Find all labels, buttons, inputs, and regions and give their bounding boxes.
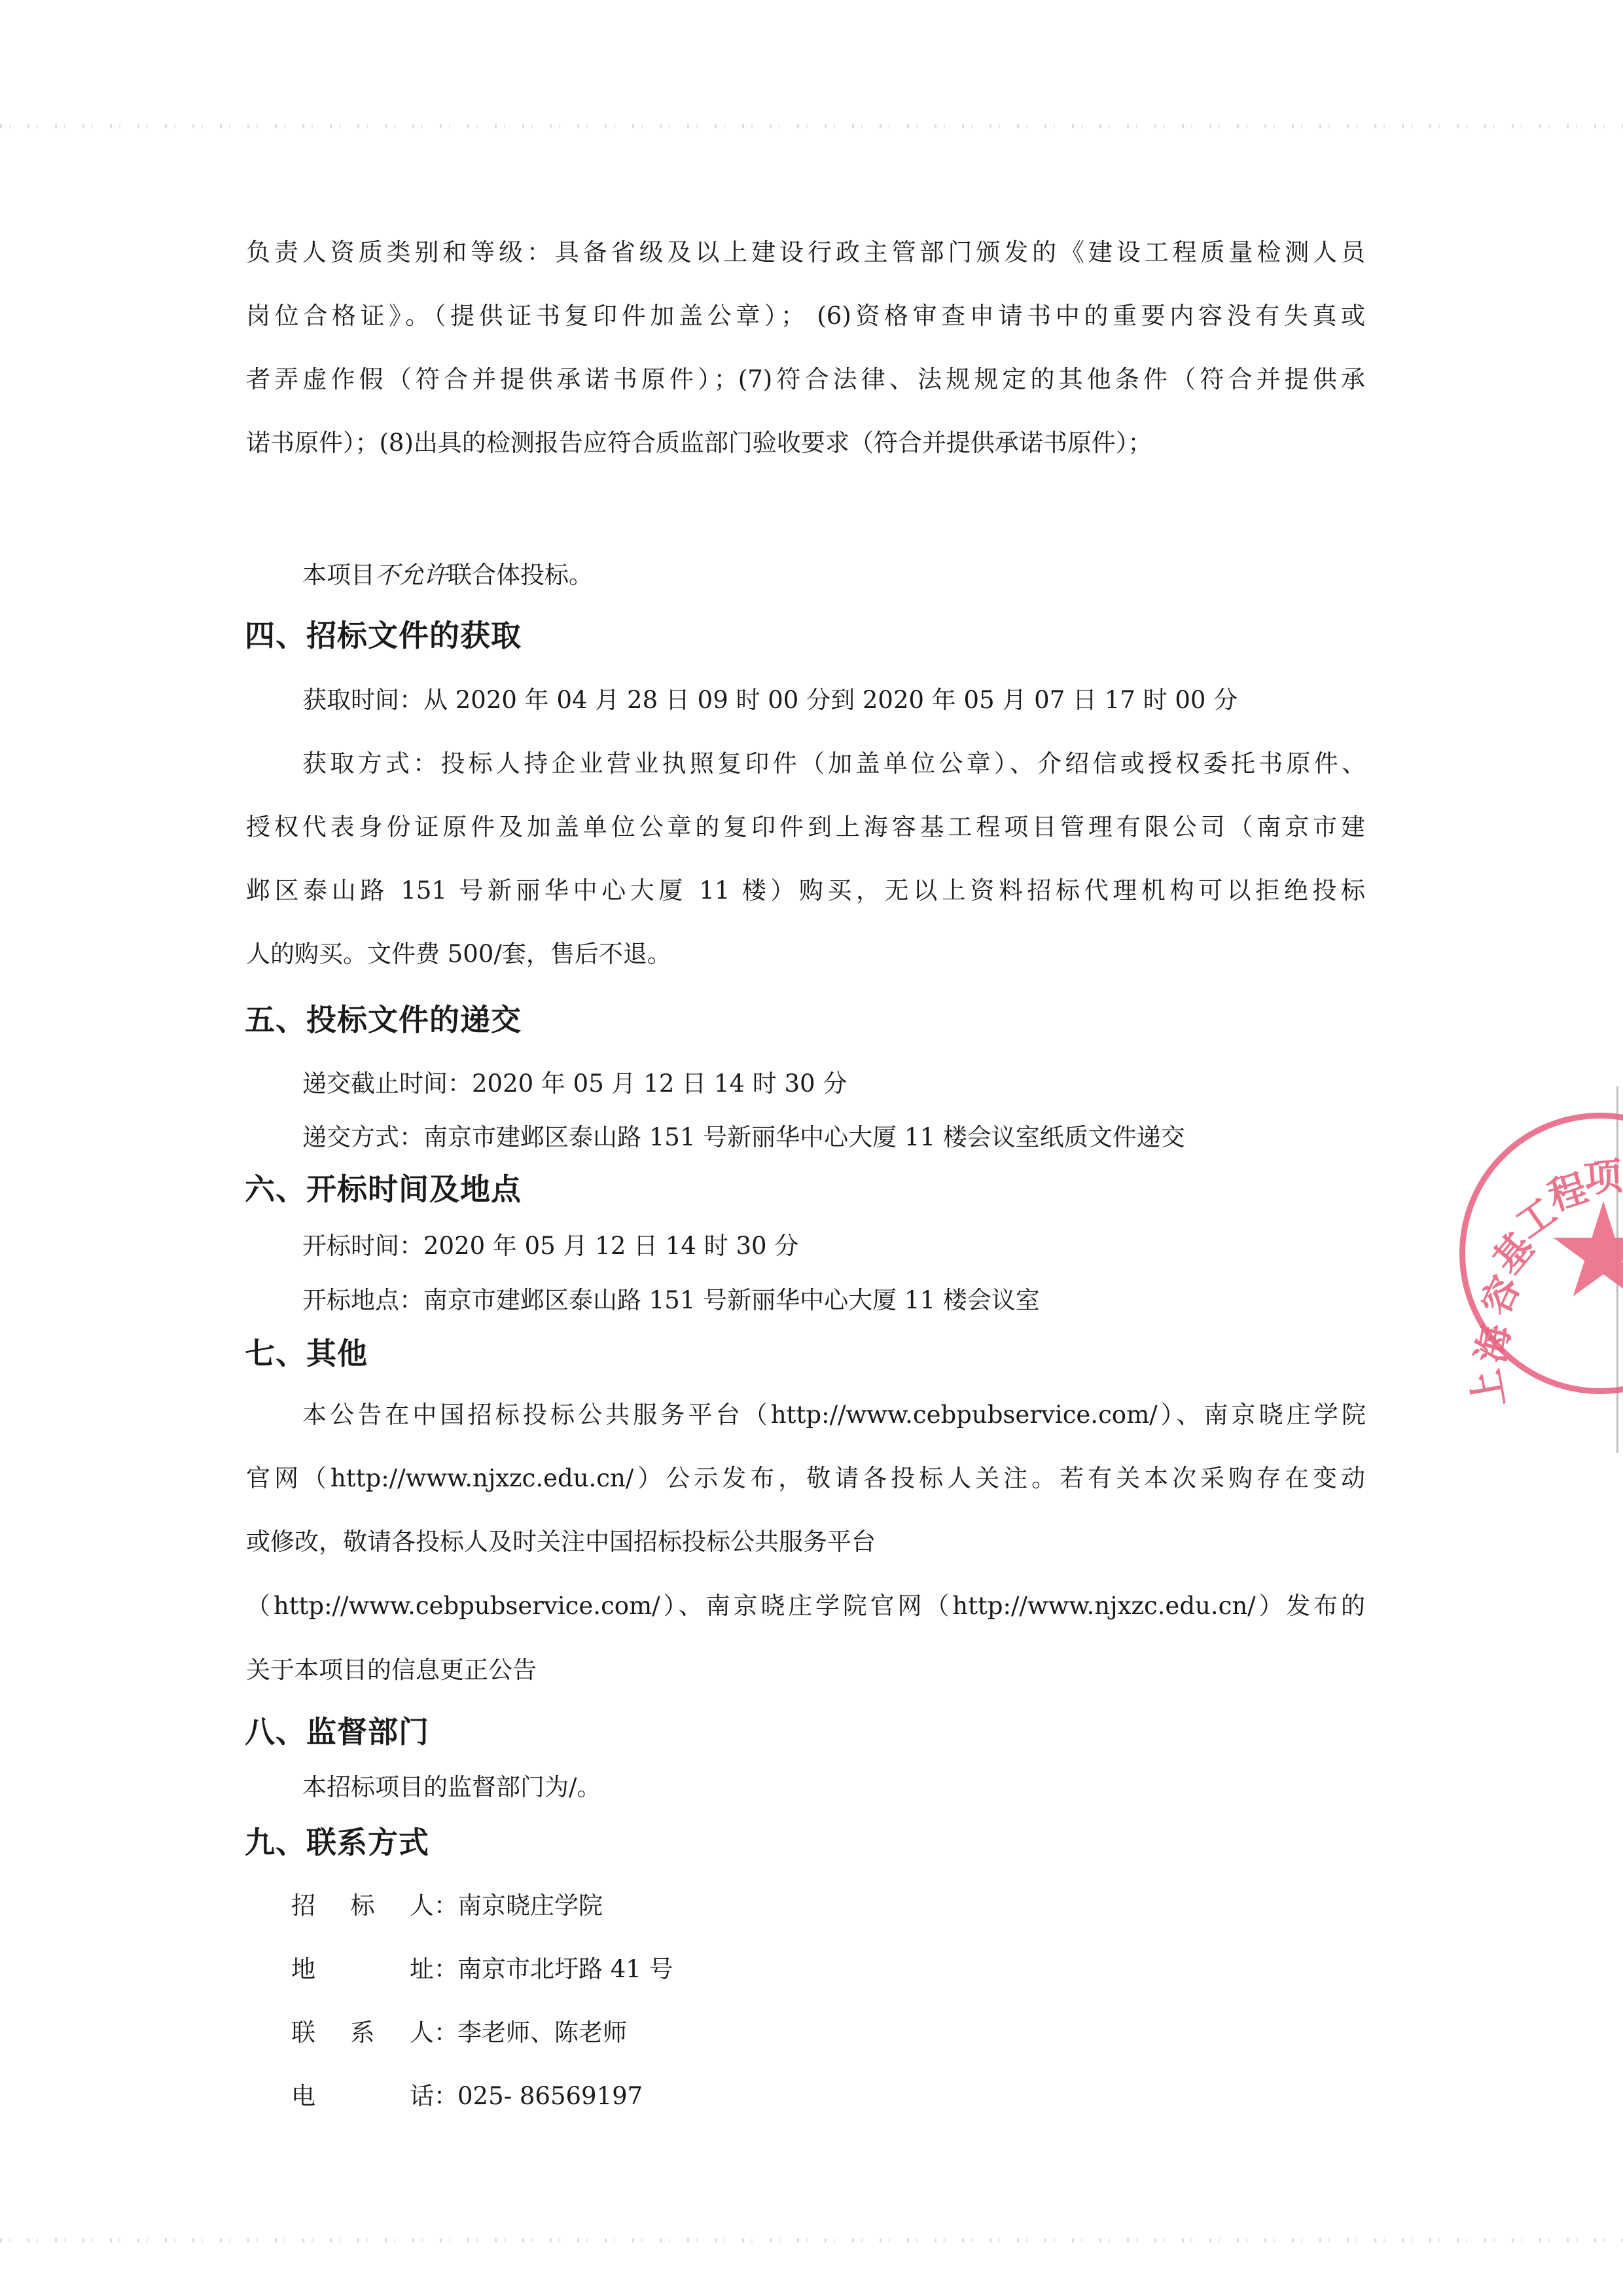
contact-value-tenderer: 南京晓庄学院 <box>457 1890 603 1922</box>
s4-method-line-1: 获取方式：投标人持企业营业执照复印件（加盖单位公章）、介绍信或授权委托书原件、 <box>302 748 1366 780</box>
s4-method-line-2: 授权代表身份证原件及加盖单位公章的复印件到上海容基工程项目管理有限公司（南京市建 <box>246 812 1365 843</box>
consortium-prefix: 本项目 <box>302 561 375 589</box>
s7-line-3: 或修改，敬请各投标人及时关注中国招标投标公共服务平台 <box>246 1526 876 1558</box>
section-9-heading: 九、联系方式 <box>245 1824 429 1861</box>
s4-method-line-3: 邺区泰山路 151 号新丽华中心大厦 11 楼）购买，无以上资料招标代理机构可以… <box>246 875 1365 906</box>
contact-label-tenderer: 招标人 <box>291 1890 434 1922</box>
contact-value-address: 南京市北圩路 41 号 <box>457 1954 673 1985</box>
intro-line-1: 负责人资质类别和等级：具备省级及以上建设行政主管部门颁发的《建设工程质量检测人员 <box>246 237 1365 268</box>
s6-open-time: 开标时间：2020 年 05 月 12 日 14 时 30 分 <box>302 1230 798 1262</box>
contact-label-person: 联系人 <box>291 2017 434 2049</box>
section-4-heading: 四、招标文件的获取 <box>245 617 522 654</box>
consortium-suffix: 联合体投标。 <box>448 561 593 589</box>
contact-value-phone: 025- 86569197 <box>457 2081 643 2112</box>
consortium-statement: 本项目不允许联合体投标。 <box>302 560 593 591</box>
s7-line-2: 官网（http://www.njxzc.edu.cn/）公示发布，敬请各投标人关… <box>246 1463 1365 1494</box>
s4-method-line-4: 人的购买。文件费 500/套，售后不退。 <box>246 939 671 970</box>
s7-line-4: （http://www.cebpubservice.com/）、南京晓庄学院官网… <box>246 1590 1365 1622</box>
contact-colon: ： <box>434 2017 457 2049</box>
section-5-heading: 五、投标文件的递交 <box>245 1001 522 1038</box>
contact-person: 联系人 ： 李老师、陈老师 <box>291 2017 627 2049</box>
contact-phone: 电话 ： 025- 86569197 <box>291 2081 643 2112</box>
consortium-emphasis: 不允许 <box>375 561 448 589</box>
intro-line-3: 者弄虚作假（符合并提供承诺书原件）；(7)符合法律、法规规定的其他条件（符合并提… <box>246 364 1365 395</box>
contact-colon: ： <box>434 2081 457 2112</box>
contact-label-phone: 电话 <box>291 2081 434 2112</box>
contact-label-address: 地址 <box>291 1954 434 1985</box>
contact-address: 地址 ： 南京市北圩路 41 号 <box>291 1954 673 1985</box>
contact-tenderer: 招标人 ： 南京晓庄学院 <box>291 1890 603 1922</box>
contact-value-person: 李老师、陈老师 <box>457 2017 627 2049</box>
intro-line-4: 诺书原件）；(8)出具的检测报告应符合质监部门验收要求（符合并提供承诺书原件）； <box>246 427 1152 459</box>
top-scan-artifact <box>0 124 1623 128</box>
contact-colon: ： <box>434 1890 457 1922</box>
bottom-scan-artifact <box>0 2238 1623 2242</box>
s5-method: 递交方式：南京市建邺区泰山路 151 号新丽华中心大厦 11 楼会议室纸质文件递… <box>302 1122 1185 1153</box>
intro-line-2: 岗位合格证》。（提供证书复印件加盖公章）； (6)资格审查申请书中的重要内容没有… <box>246 300 1365 332</box>
contact-colon: ： <box>434 1954 457 1985</box>
s5-deadline: 递交截止时间：2020 年 05 月 12 日 14 时 30 分 <box>302 1068 847 1100</box>
section-6-heading: 六、开标时间及地点 <box>245 1171 522 1208</box>
s8-supervision: 本招标项目的监督部门为/。 <box>302 1772 601 1803</box>
s7-line-1: 本公告在中国招标投标公共服务平台（http://www.cebpubservic… <box>302 1399 1366 1431</box>
section-7-heading: 七、其他 <box>245 1335 368 1372</box>
s6-open-place: 开标地点：南京市建邺区泰山路 151 号新丽华中心大厦 11 楼会议室 <box>302 1285 1040 1316</box>
s4-acquire-time: 获取时间：从 2020 年 04 月 28 日 09 时 00 分到 2020 … <box>302 685 1238 716</box>
s7-line-5: 关于本项目的信息更正公告 <box>246 1655 537 1686</box>
section-8-heading: 八、监督部门 <box>245 1713 429 1750</box>
